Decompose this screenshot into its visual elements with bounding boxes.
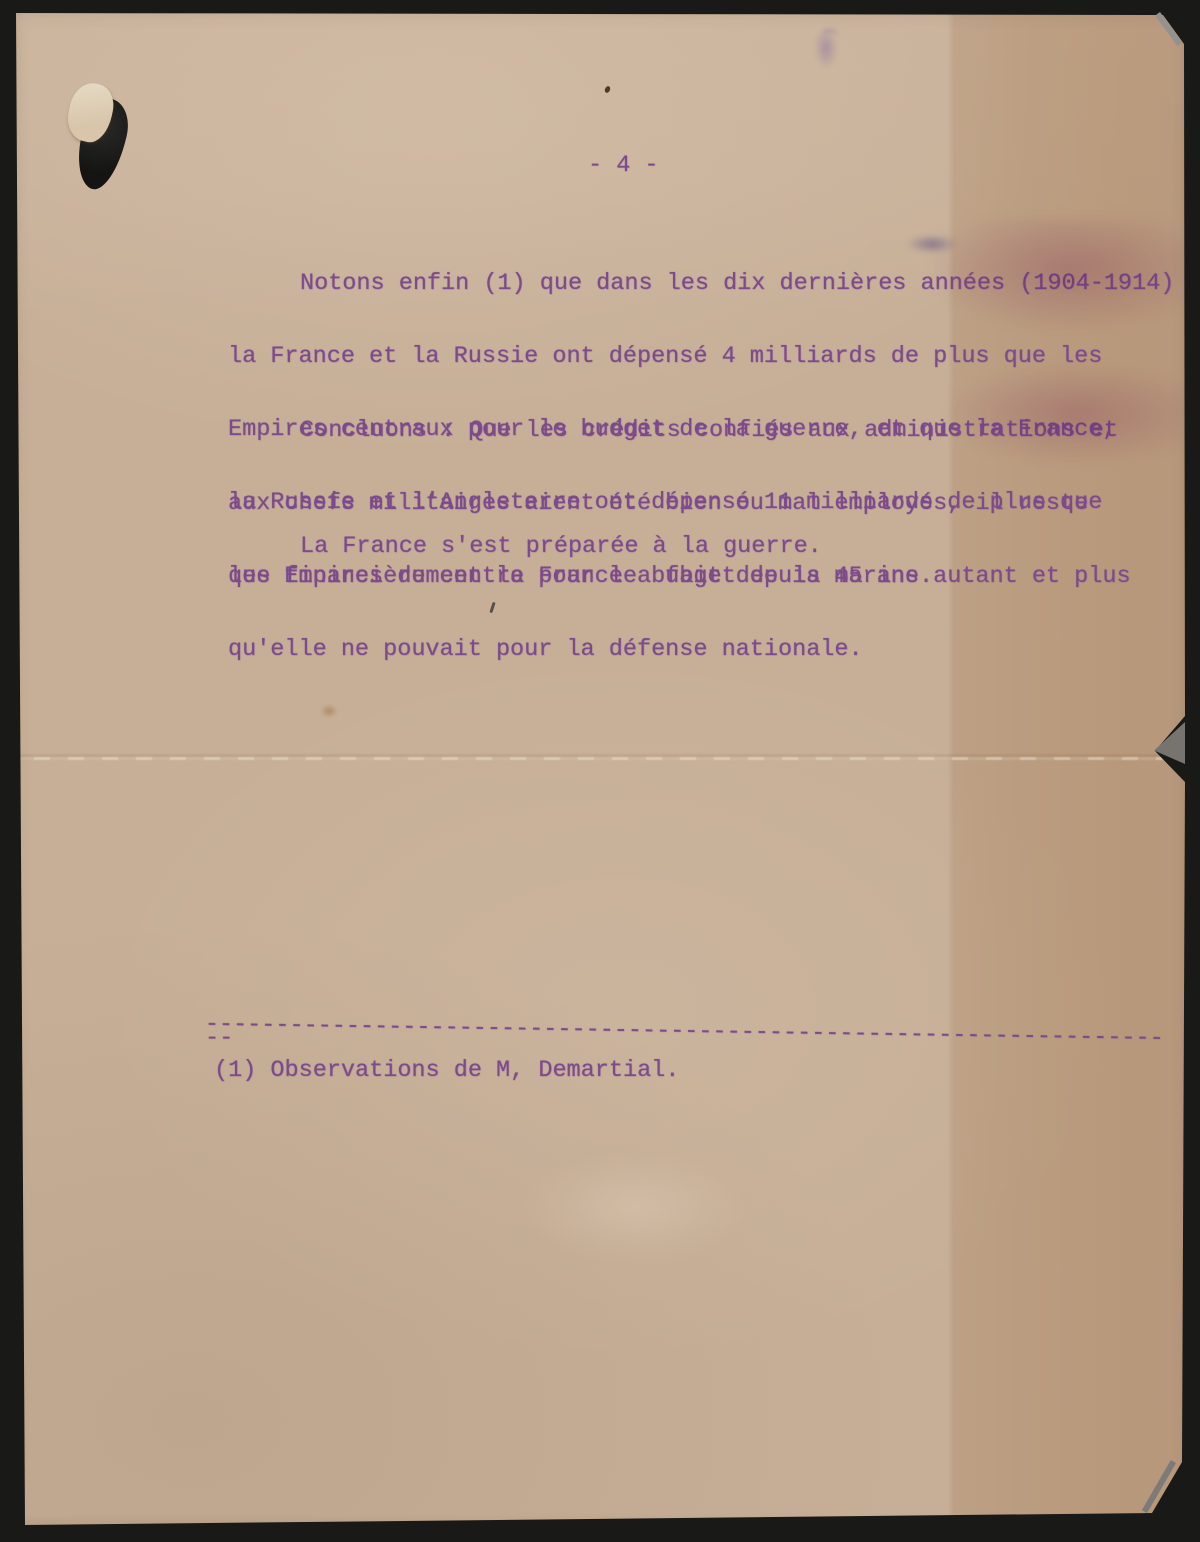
light-patch-stain — [520, 1150, 750, 1265]
ink-bleed-haze — [930, 218, 1185, 330]
horizontal-fold-crease — [0, 753, 1200, 763]
purple-smudge — [814, 27, 838, 69]
paragraph-conclusion: La France s'est préparée à la guerre. — [228, 486, 822, 608]
dark-speck — [604, 85, 611, 93]
footnote-text: (1) Observations de M, Demartial. — [214, 1059, 679, 1083]
page-number: - 4 - — [588, 154, 659, 178]
footnote-separator-stub: -- — [205, 1027, 233, 1051]
text-line: qu'elle ne pouvait pour la défense natio… — [228, 638, 1131, 662]
scanned-document: - 4 - Notons enfin (1) que dans les dix … — [0, 0, 1200, 1542]
text-line: La France s'est préparée à la guerre. — [228, 535, 822, 559]
ink-bleed-haze — [945, 364, 1185, 464]
paper-sheet: - 4 - Notons enfin (1) que dans les dix … — [0, 0, 1200, 1542]
